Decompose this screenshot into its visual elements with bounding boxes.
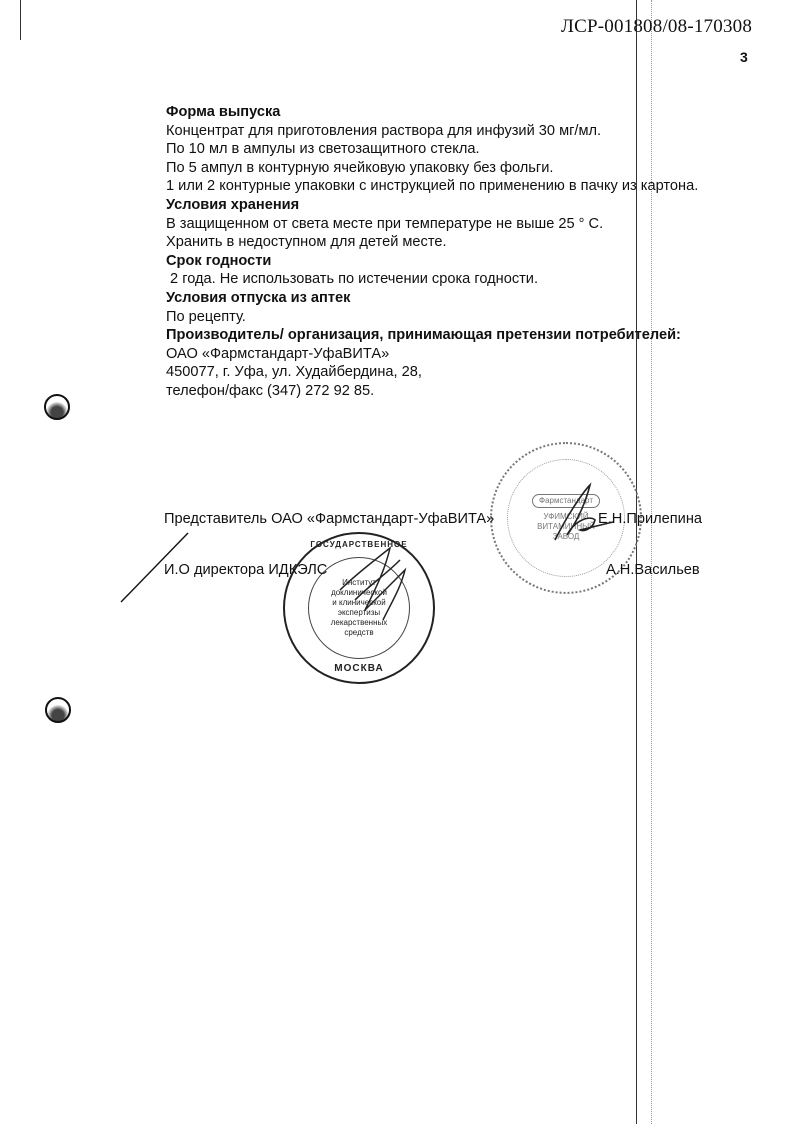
section-line: Концентрат для приготовления раствора дл… <box>166 122 766 141</box>
hole-punch-icon <box>45 697 71 723</box>
page-number: 3 <box>740 49 748 65</box>
section-line: 2 года. Не использовать по истечении сро… <box>166 270 766 289</box>
section-manufacturer: Производитель/ организация, принимающая … <box>166 326 766 400</box>
diagonal-pen-line <box>118 530 193 605</box>
section-release-form: Форма выпуска Концентрат для приготовлен… <box>166 103 766 196</box>
section-line: В защищенном от света месте при температ… <box>166 215 766 234</box>
document-body: Форма выпуска Концентрат для приготовлен… <box>166 103 766 401</box>
section-line: Хранить в недоступном для детей месте. <box>166 233 766 252</box>
section-line: ОАО «Фармстандарт-УфаВИТА» <box>166 345 766 364</box>
section-line: По рецепту. <box>166 308 766 327</box>
registration-number: ЛСР-001808/08-170308 <box>561 16 752 38</box>
signature-director-name: А.Н.Васильев <box>606 562 700 578</box>
handwritten-signature-icon <box>545 480 615 550</box>
section-line: По 10 мл в ампулы из светозащитного стек… <box>166 140 766 159</box>
hole-punch-icon <box>44 394 70 420</box>
signature-representative-title: Представитель ОАО «Фармстандарт-УфаВИТА» <box>164 511 494 527</box>
section-heading: Условия отпуска из аптек <box>166 289 766 308</box>
section-shelf-life: Срок годности 2 года. Не использовать по… <box>166 252 766 289</box>
section-heading: Условия хранения <box>166 196 766 215</box>
section-line: 1 или 2 контурные упаковки с инструкцией… <box>166 177 766 196</box>
section-line: телефон/факс (347) 272 92 85. <box>166 382 766 401</box>
handwritten-signature-icon <box>335 540 415 630</box>
section-line: 450077, г. Уфа, ул. Худайбердина, 28, <box>166 363 766 382</box>
section-storage: Условия хранения В защищенном от света м… <box>166 196 766 252</box>
stamp-city: МОСКВА <box>285 663 433 674</box>
section-dispensing: Условия отпуска из аптек По рецепту. <box>166 289 766 326</box>
section-heading: Срок годности <box>166 252 766 271</box>
scan-edge-mark <box>20 0 21 40</box>
section-heading: Производитель/ организация, принимающая … <box>166 326 766 345</box>
section-line: По 5 ампул в контурную ячейковую упаковк… <box>166 159 766 178</box>
section-heading: Форма выпуска <box>166 103 766 122</box>
